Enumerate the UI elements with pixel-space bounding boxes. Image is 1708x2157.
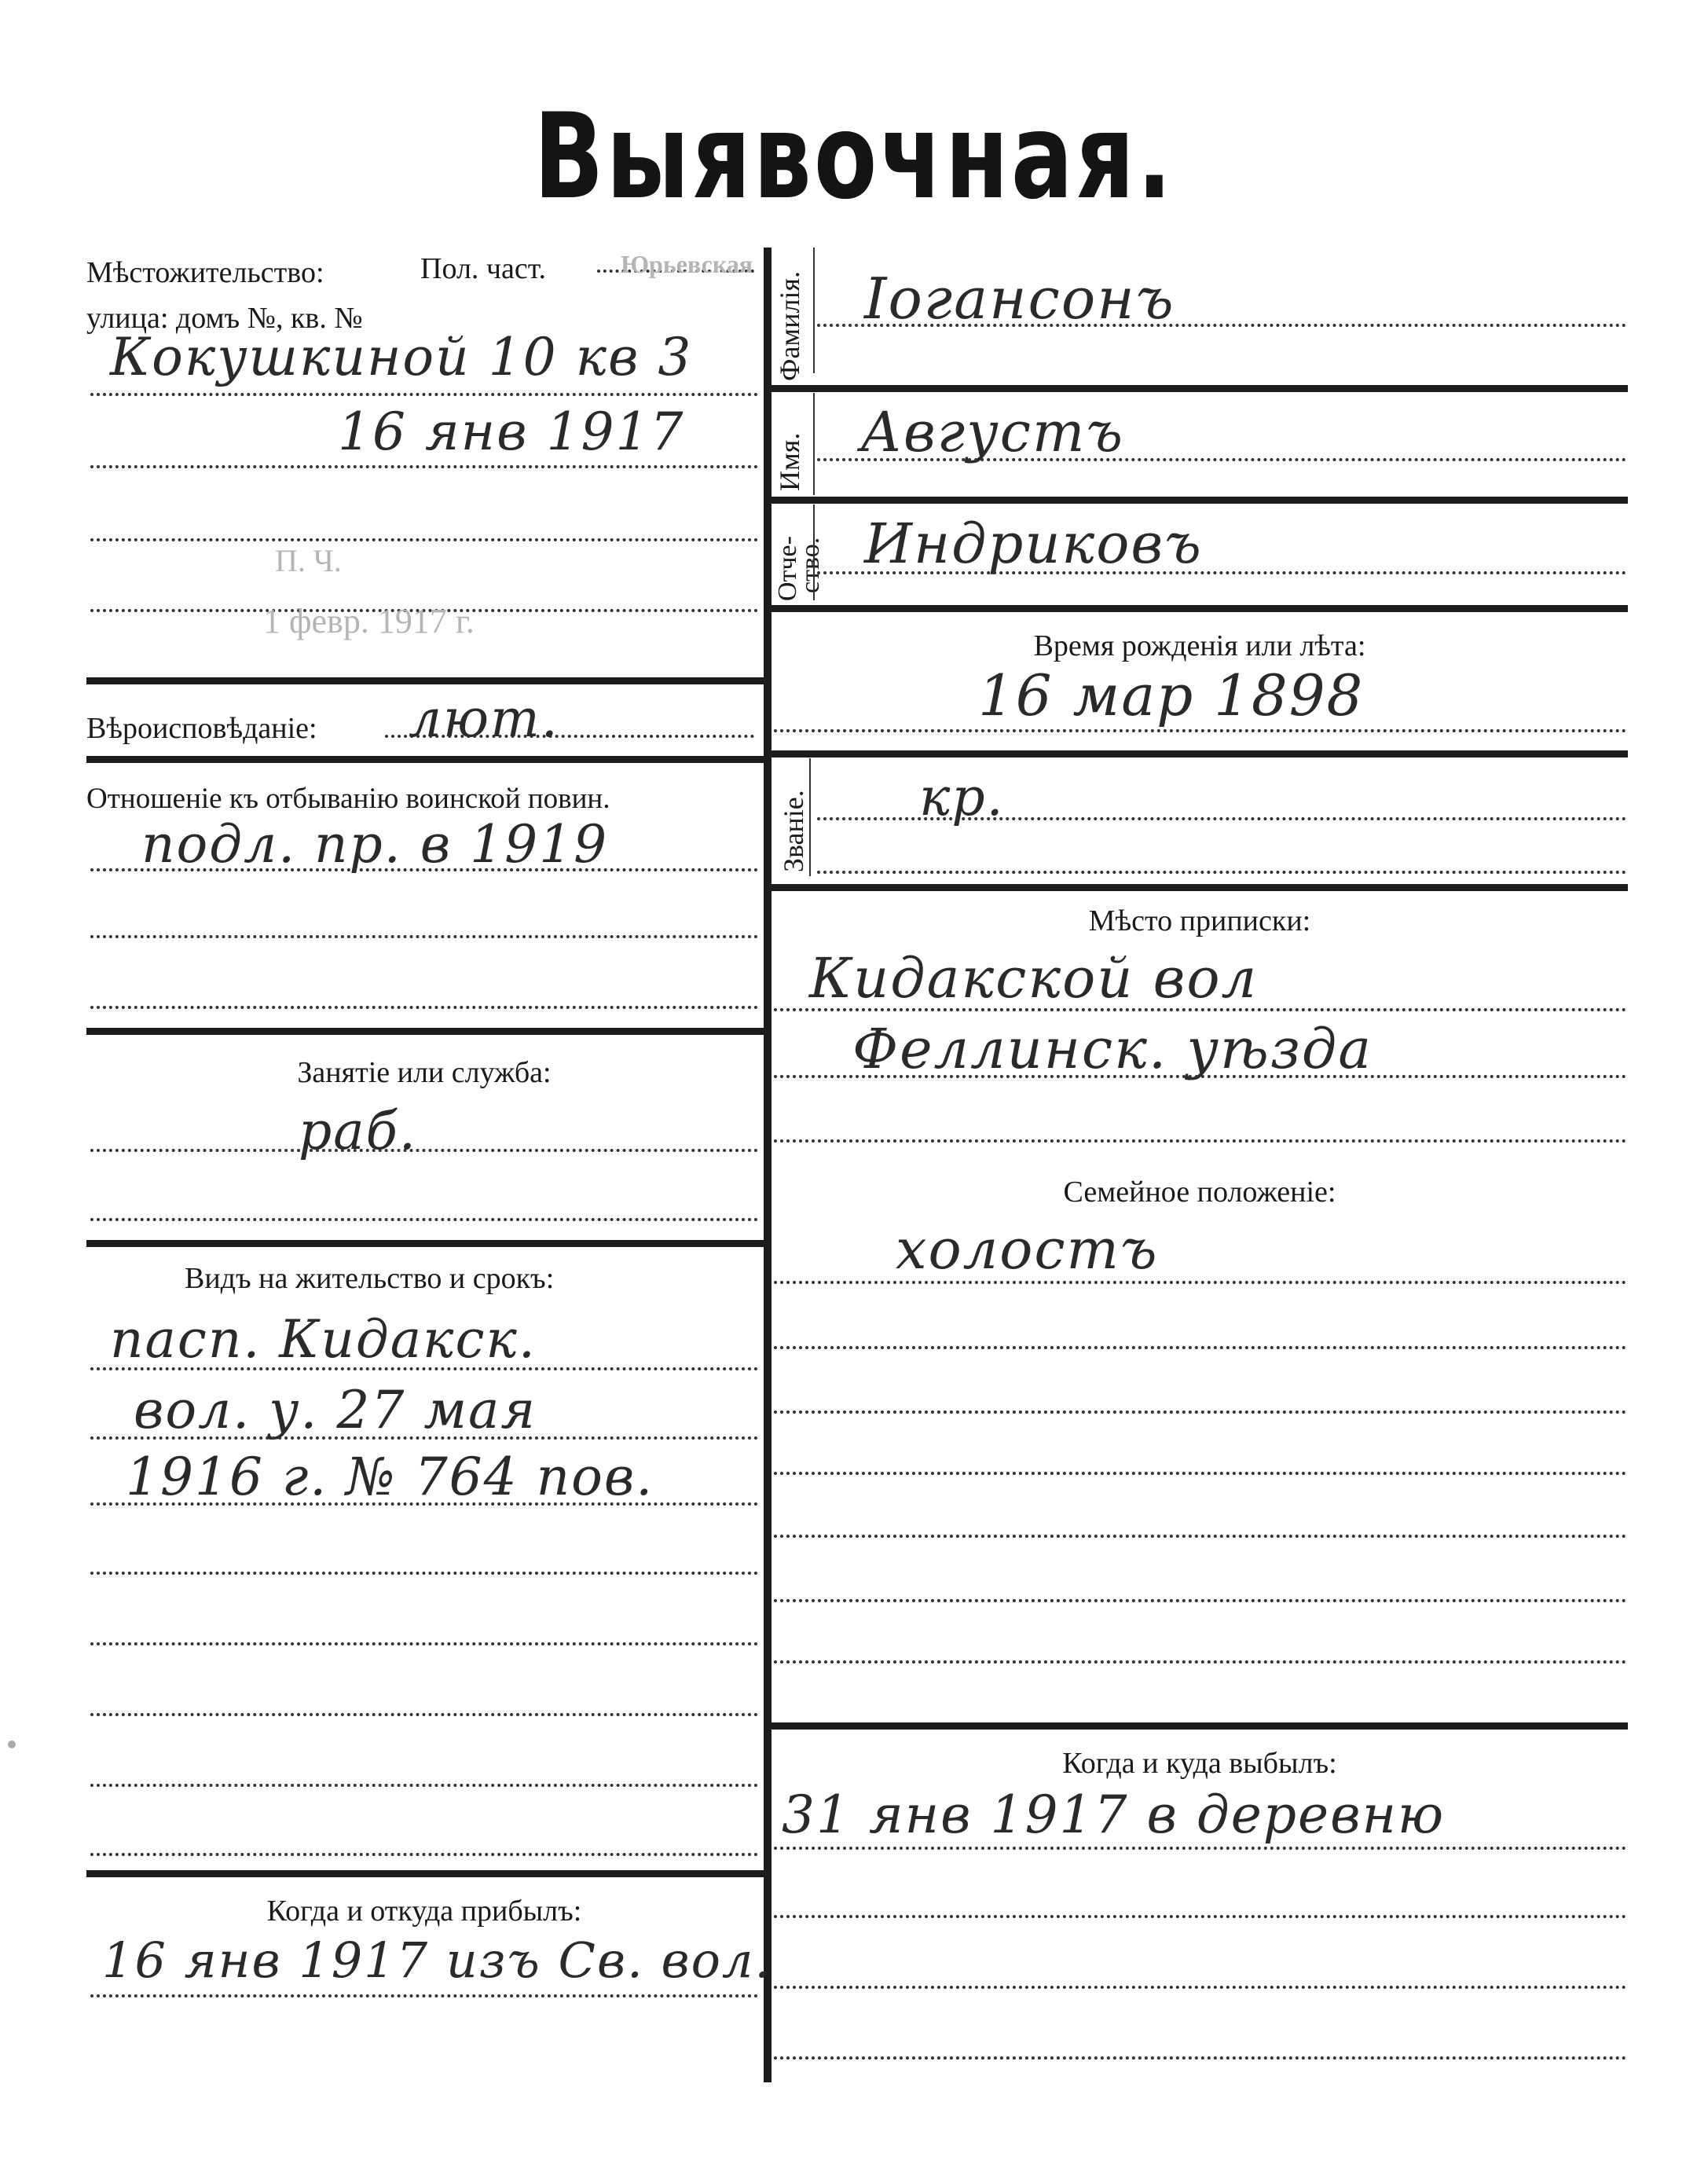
dotted-line	[774, 1008, 1626, 1011]
dotted-line	[774, 1472, 1626, 1475]
dotted-line	[90, 1853, 758, 1856]
section-rule	[772, 497, 1628, 504]
dotted-line	[90, 1149, 758, 1152]
document-title: Выявочная.	[188, 90, 1520, 224]
dotted-line	[774, 1281, 1626, 1284]
dotted-line	[774, 1139, 1626, 1143]
label-divider	[813, 504, 815, 600]
dotted-line	[774, 1346, 1626, 1349]
section-rule	[86, 1870, 764, 1877]
dotted-line	[774, 1599, 1626, 1602]
registration-value-line1: Кидакской вол	[809, 947, 1258, 1010]
dotted-line	[90, 1006, 758, 1009]
dotted-line	[90, 393, 758, 396]
occupation-label: Занятіе или служба:	[86, 1055, 762, 1090]
residence-date: 16 янв 1917	[338, 401, 685, 464]
dotted-line	[90, 1642, 758, 1645]
dotted-line	[817, 817, 1626, 820]
family-value: холостъ	[896, 1218, 1159, 1281]
section-rule	[772, 884, 1628, 891]
dotted-line	[90, 1502, 758, 1506]
dotted-line	[90, 1994, 758, 1997]
dotted-line	[90, 1367, 758, 1370]
arrived-value: 16 янв 1917 изъ Св. вол.	[102, 1929, 772, 1992]
dotted-line	[817, 324, 1626, 327]
rank-label: Званіе.	[778, 790, 809, 872]
residence-permit-line1: пасп. Кидакск.	[110, 1308, 537, 1371]
section-rule	[772, 385, 1628, 392]
patronymic-label-line2: ство.	[795, 537, 827, 593]
section-rule	[772, 605, 1628, 612]
military-value: подл. пр. в 1919	[141, 813, 608, 876]
police-part-stamp: Юрьевская	[621, 250, 753, 279]
registration-stamp-line2: 1 февр. 1917 г.	[263, 601, 475, 641]
registration-value-line2: Феллинск. уѣзда	[852, 1018, 1373, 1080]
dotted-line	[774, 1915, 1626, 1918]
dotted-line	[774, 1075, 1626, 1078]
departed-value: 31 янв 1917 в деревню	[782, 1784, 1445, 1847]
residence-address: Кокушкиной 10 кв 3	[110, 326, 692, 389]
dotted-line	[774, 1660, 1626, 1664]
registration-label: Мѣсто приписки:	[772, 904, 1628, 938]
patronymic-value: Индриковъ	[864, 512, 1203, 575]
section-rule	[86, 1240, 764, 1247]
religion-value: лют.	[409, 688, 559, 750]
paper-speck	[8, 1741, 16, 1748]
section-rule	[86, 677, 764, 684]
dotted-line	[774, 729, 1626, 732]
dotted-line	[817, 458, 1626, 461]
dotted-line	[774, 1535, 1626, 1538]
dotted-line	[90, 1436, 758, 1440]
birth-value: 16 мар 1898	[978, 664, 1364, 727]
dotted-line	[90, 538, 758, 541]
dotted-line	[774, 1847, 1626, 1850]
family-label: Семейное положеніе:	[772, 1175, 1628, 1209]
section-rule	[772, 1722, 1628, 1730]
religion-label: Вѣроисповѣданіе:	[86, 711, 317, 746]
residence-label: Мѣстожительство:	[86, 255, 324, 290]
section-rule	[772, 750, 1628, 758]
police-part-label: Пол. част.	[420, 251, 546, 286]
dotted-line	[774, 1410, 1626, 1414]
surname-value: Іогансонъ	[864, 267, 1175, 330]
section-rule	[86, 756, 764, 763]
dotted-line	[90, 1572, 758, 1575]
registration-stamp-line1: П. Ч.	[275, 542, 342, 579]
arrived-label: Когда и откуда прибылъ:	[86, 1894, 762, 1928]
label-divider	[813, 393, 815, 495]
first-name-label: Имя.	[774, 433, 805, 491]
surname-label: Фамилія.	[774, 271, 805, 381]
departed-label: Когда и куда выбылъ:	[772, 1746, 1628, 1781]
dotted-line	[817, 571, 1626, 574]
dotted-line	[90, 465, 758, 468]
label-divider	[813, 248, 815, 373]
dotted-line	[774, 1986, 1626, 1989]
dotted-line	[90, 1713, 758, 1716]
label-divider	[809, 758, 811, 876]
dotted-line	[90, 1218, 758, 1221]
dotted-line	[774, 2056, 1626, 2060]
residence-permit-label: Видъ на жительство и срокъ:	[185, 1261, 554, 1296]
dotted-line	[90, 1784, 758, 1787]
occupation-value: раб.	[299, 1100, 417, 1163]
first-name-value: Августъ	[860, 401, 1124, 464]
military-label: Отношеніе къ отбыванію воинской повин.	[86, 782, 610, 816]
residence-permit-line2: вол. у. 27 мая	[134, 1379, 537, 1442]
residence-permit-line3: 1916 г. № 764 пов.	[126, 1446, 654, 1509]
dotted-line	[90, 868, 758, 871]
dotted-line	[90, 935, 758, 938]
dotted-line	[817, 871, 1626, 874]
center-divider	[764, 248, 772, 2082]
section-rule	[86, 1028, 764, 1035]
birth-label: Время рожденія или лѣта:	[772, 629, 1628, 663]
